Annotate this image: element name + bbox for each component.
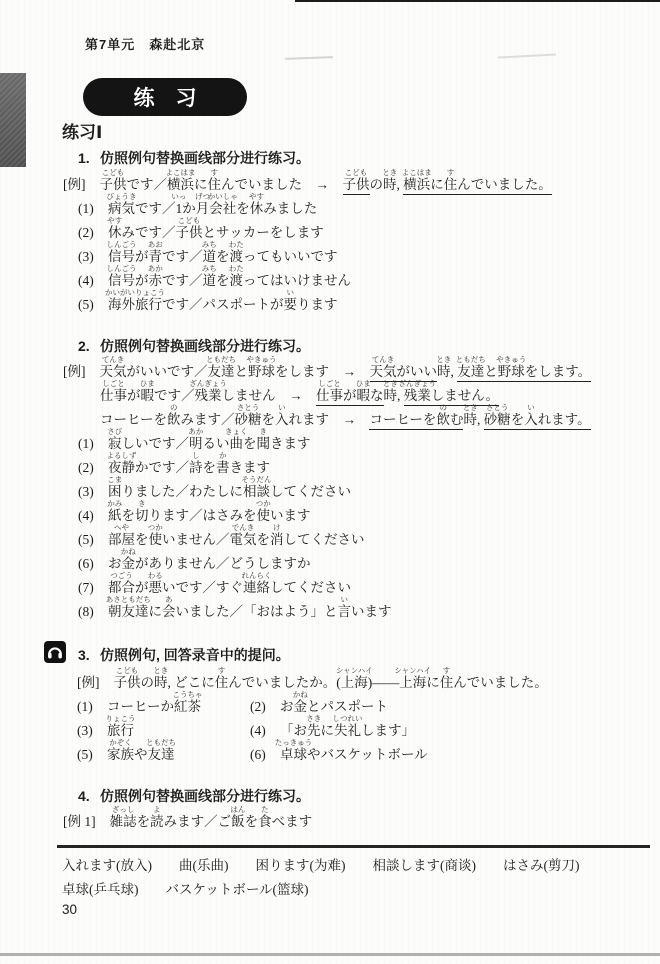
exercise-line: (8)あさともだち朝友達にあ会いました／「おはよう」とい言います bbox=[63, 600, 654, 624]
line-text: びょうき病気です／いっ1かげつ月かいしゃ会社をやす休みました bbox=[108, 201, 317, 216]
exercise-2: 2. 仿照例句替换画线部分进行练习。 [例]てんき天気がいいです／ともだち友達と… bbox=[63, 334, 654, 624]
vocab-item: 困ります(为难) bbox=[256, 854, 346, 878]
text-segment: ります／はさみを bbox=[149, 508, 257, 524]
base-text: 渡 bbox=[230, 273, 244, 288]
ruby-segment: りょこう旅行 bbox=[107, 723, 134, 739]
base-text: 天気 bbox=[100, 364, 127, 379]
text-segment: がありません／どうしますか bbox=[135, 556, 311, 572]
ruby-segment: しごと仕事 bbox=[316, 388, 343, 406]
exercise-instruction-text: 仿照例句, 回答录音中的提问。 bbox=[100, 643, 290, 667]
line-text: おかね金とパスポート bbox=[280, 699, 388, 714]
exercise-line: (1)びょうき病気です／いっ1かげつ月かいしゃ会社をやす休みました bbox=[63, 197, 654, 221]
ruby-segment: いっ1 bbox=[176, 201, 183, 217]
column-item: (2)おかね金とパスポート bbox=[250, 699, 388, 714]
exercise-line: (1)さび寂しいです／あか明るいきょく曲をき聞きます bbox=[63, 432, 654, 456]
ruby-segment: す住 bbox=[440, 675, 454, 691]
ruby-segment: かみ紙 bbox=[108, 508, 122, 524]
line-text: へや部屋をつか使いません／でんき電気をけ消してください bbox=[108, 532, 365, 547]
base-text: 野球 bbox=[248, 364, 275, 379]
ruby-segment: しつれい失礼 bbox=[334, 723, 361, 739]
base-text: 野球 bbox=[498, 364, 525, 379]
ruby-segment: わる悪 bbox=[149, 580, 163, 596]
line-text: しんごう信号があお青です／みち道をわた渡ってもいいです bbox=[108, 249, 338, 264]
text-segment: を bbox=[257, 532, 271, 548]
text-segment: とサッカーをします bbox=[203, 225, 324, 241]
line-label: (4) bbox=[78, 504, 108, 528]
exercise-instruction: 4. 仿照例句替换画线部分进行练习。 bbox=[63, 784, 654, 808]
base-text: 書 bbox=[216, 460, 230, 475]
furigana: き bbox=[260, 428, 268, 436]
text-segment: です／ bbox=[127, 177, 168, 193]
ruby-segment: たっきゅう卓球 bbox=[280, 747, 307, 763]
base-text: 友達 bbox=[457, 364, 484, 379]
ruby-segment: つごう都合 bbox=[108, 580, 135, 596]
furigana: かね bbox=[293, 691, 308, 699]
text-segment: 「お bbox=[280, 723, 307, 739]
exercise-number: 3. bbox=[78, 643, 100, 667]
text-segment: や bbox=[134, 747, 148, 763]
text-segment: です／パスポートが bbox=[162, 297, 284, 313]
ruby-segment: あか赤 bbox=[149, 273, 163, 289]
text-segment: コーヒーか bbox=[107, 699, 174, 715]
text-segment: → bbox=[329, 412, 370, 428]
furigana: の bbox=[439, 404, 447, 412]
scan-smudge bbox=[498, 53, 556, 58]
base-text: 切 bbox=[135, 508, 149, 523]
exercise-line: [例]こども子供です／よこはま横浜にす住んでいました → こども子供のとき時, … bbox=[63, 173, 654, 197]
furigana: しごと bbox=[102, 380, 125, 388]
ruby-segment: の飲 bbox=[167, 412, 181, 428]
furigana: あお bbox=[148, 241, 163, 249]
text-segment: ってもいいです bbox=[243, 249, 338, 265]
base-text: 先 bbox=[307, 723, 321, 738]
text-segment: を bbox=[216, 273, 230, 289]
furigana: さき bbox=[306, 715, 321, 723]
line-text: 「おさき先にしつれい失礼します」 bbox=[280, 723, 415, 738]
furigana: ざっし bbox=[112, 806, 135, 814]
ruby-segment: き切 bbox=[135, 508, 149, 524]
column-item: (4)「おさき先にしつれい失礼します」 bbox=[250, 723, 415, 738]
base-text: 道 bbox=[203, 249, 217, 264]
furigana: わた bbox=[229, 241, 244, 249]
base-text: 紅茶 bbox=[174, 699, 201, 714]
furigana: みち bbox=[202, 265, 217, 273]
scan-smudge bbox=[285, 56, 333, 60]
text-segment: りました／わたしに bbox=[122, 484, 244, 500]
ruby-segment: つか使 bbox=[257, 508, 271, 524]
text-segment: が bbox=[135, 249, 149, 265]
furigana: の bbox=[170, 404, 178, 412]
ruby-segment: ともだち友達 bbox=[208, 364, 235, 380]
ruby-segment: さび寂 bbox=[108, 436, 122, 452]
base-text: 残業 bbox=[404, 388, 431, 403]
text-segment: を bbox=[245, 814, 259, 830]
line-text: コーヒーかこうちゃ紅茶 bbox=[107, 699, 201, 714]
base-text: 使 bbox=[257, 508, 271, 523]
text-segment: を bbox=[122, 508, 136, 524]
text-segment: コーヒーを bbox=[369, 412, 436, 430]
line-text: やす休みです／こども子供とサッカーをします bbox=[108, 225, 324, 240]
furigana: た bbox=[261, 806, 269, 814]
furigana: やす bbox=[107, 217, 122, 225]
text-segment: か bbox=[182, 201, 196, 217]
ruby-segment: やきゅう野球 bbox=[248, 364, 275, 380]
text-segment: いました／「おはよう」と bbox=[176, 604, 338, 620]
base-text: 住 bbox=[215, 675, 229, 690]
text-segment: です／ bbox=[162, 273, 203, 289]
text-segment: してください bbox=[270, 484, 351, 500]
line-text: かぞく家族やともだち友達 bbox=[107, 747, 175, 762]
text-segment: んでいました bbox=[221, 177, 302, 193]
base-text: 部屋 bbox=[108, 532, 135, 547]
ruby-segment: やきゅう野球 bbox=[498, 364, 525, 382]
line-text: こども子供です／よこはま横浜にす住んでいました → こども子供のとき時, よこは… bbox=[100, 177, 552, 192]
ruby-segment: へや部屋 bbox=[108, 532, 135, 548]
exercise-line: (3)こま困りました／わたしにそうだん相談してください bbox=[63, 480, 654, 504]
furigana: す bbox=[211, 169, 219, 177]
ruby-segment: い要 bbox=[284, 297, 298, 313]
exercise-instruction-text: 仿照例句替换画线部分进行练习。 bbox=[100, 146, 310, 170]
text-segment: , bbox=[397, 388, 404, 404]
furigana: やきゅう bbox=[247, 356, 277, 364]
line-label: [例 1] bbox=[63, 810, 96, 834]
text-segment: れます。 bbox=[538, 412, 591, 430]
line-label: (5) bbox=[78, 528, 108, 552]
ruby-segment: さき先 bbox=[307, 723, 321, 739]
text-segment: します」 bbox=[361, 723, 415, 739]
text-segment: んでいました。 bbox=[457, 177, 552, 195]
ruby-segment: い入 bbox=[524, 412, 538, 430]
ruby-segment: よこはま横浜 bbox=[403, 177, 430, 195]
ruby-segment: し詩 bbox=[189, 460, 203, 476]
text-segment: を bbox=[511, 412, 525, 430]
ruby-segment: かぞく家族 bbox=[107, 747, 134, 763]
text-segment: をします bbox=[275, 364, 329, 380]
ruby-segment: こども子供 bbox=[176, 225, 203, 241]
ruby-segment: ざっし雑誌 bbox=[110, 814, 137, 830]
base-text: 飲 bbox=[436, 412, 450, 427]
text-segment: が bbox=[127, 388, 141, 404]
furigana: あか bbox=[188, 428, 203, 436]
furigana: びょうき bbox=[107, 193, 137, 201]
base-text: 旅行 bbox=[107, 723, 134, 738]
text-segment: → bbox=[329, 364, 370, 380]
furigana: やきゅう bbox=[496, 356, 526, 364]
ruby-segment: びょうき病気 bbox=[108, 201, 135, 217]
furigana: でんき bbox=[232, 524, 255, 532]
ruby-segment: わた渡 bbox=[230, 273, 244, 289]
ruby-segment: れんらく連絡 bbox=[243, 580, 270, 596]
text-segment: ってはいけません bbox=[243, 273, 351, 289]
line-text: つごう都合がわる悪いです／すぐれんらく連絡してください bbox=[108, 580, 351, 595]
text-segment: かです／ bbox=[135, 460, 189, 476]
line-label: (1) bbox=[77, 695, 107, 719]
base-text: 休 bbox=[108, 225, 122, 240]
furigana: りょこう bbox=[106, 715, 136, 723]
furigana: つか bbox=[256, 500, 271, 508]
base-text: 友達 bbox=[208, 364, 235, 379]
line-text: かいがいりょこう海外旅行です／パスポートがい要ります bbox=[108, 297, 338, 312]
column-item: (1)コーヒーかこうちゃ紅茶 bbox=[77, 695, 250, 719]
ruby-segment: とき時 bbox=[463, 412, 477, 428]
furigana: け bbox=[273, 524, 281, 532]
base-text: 病気 bbox=[108, 201, 135, 216]
ruby-segment: あお青 bbox=[149, 249, 163, 265]
furigana: い bbox=[341, 596, 349, 604]
furigana: あ bbox=[165, 596, 173, 604]
text-segment: ります bbox=[297, 297, 338, 313]
line-label: (1) bbox=[78, 432, 108, 456]
ruby-segment: こうちゃ紅茶 bbox=[174, 699, 201, 715]
furigana: か bbox=[219, 452, 227, 460]
furigana: ざんぎょう bbox=[189, 380, 227, 388]
column-item: (6)たっきゅう卓球やバスケットボール bbox=[250, 747, 428, 762]
base-text: 相談 bbox=[243, 484, 270, 499]
base-text: 信号 bbox=[108, 249, 135, 264]
text-segment: な bbox=[370, 388, 384, 406]
base-text: 寂 bbox=[108, 436, 122, 451]
text-segment: コーヒーを bbox=[100, 412, 167, 428]
ruby-segment: あか明 bbox=[189, 436, 203, 452]
furigana: はん bbox=[230, 806, 245, 814]
furigana: とき bbox=[383, 380, 398, 388]
text-segment: んでいましたか。( bbox=[228, 675, 341, 691]
vocab-item: バスケットボール(篮球) bbox=[166, 878, 309, 902]
text-segment: みです／ bbox=[122, 225, 176, 241]
base-text: 暇 bbox=[357, 388, 371, 403]
line-text: こども子供のとき時, どこにす住んでいましたか。(シャンハイ上海)——シャンハイ… bbox=[114, 675, 548, 690]
exercise-line: (2)よるしず夜静かです／し詩をか書きます bbox=[63, 456, 654, 480]
scan-top-edge bbox=[295, 0, 660, 2]
text-segment: とパスポート bbox=[307, 699, 388, 715]
furigana: とき bbox=[382, 169, 397, 177]
ruby-segment: しごと仕事 bbox=[100, 388, 127, 404]
base-text: 要 bbox=[284, 297, 298, 312]
base-text: 明 bbox=[189, 436, 203, 451]
base-text: 朝友達 bbox=[108, 604, 149, 619]
furigana: ひま bbox=[140, 380, 155, 388]
text-segment: に bbox=[321, 723, 335, 739]
unit-header: 第7单元 森赴北京 bbox=[85, 34, 205, 53]
banner-label: 练 习 bbox=[134, 82, 197, 112]
exercise-line: (7)つごう都合がわる悪いです／すぐれんらく連絡してください bbox=[63, 576, 654, 600]
headphone-glyph bbox=[47, 644, 63, 660]
furigana: こども bbox=[116, 667, 139, 675]
line-label: (2) bbox=[78, 456, 108, 480]
text-segment: , bbox=[451, 364, 458, 380]
line-text: あさともだち朝友達にあ会いました／「おはよう」とい言います bbox=[108, 604, 392, 619]
line-text: ざっし雑誌をよ読みます／ごはん飯をた食べます bbox=[110, 814, 313, 829]
furigana: い bbox=[287, 289, 295, 297]
ruby-segment: つか使 bbox=[149, 532, 163, 548]
ruby-segment: きょく曲 bbox=[230, 436, 244, 452]
base-text: 曲 bbox=[230, 436, 244, 451]
base-text: 子供 bbox=[176, 225, 203, 240]
text-segment: , どこに bbox=[168, 675, 215, 691]
furigana: こうちゃ bbox=[172, 691, 202, 699]
ruby-segment: す住 bbox=[444, 177, 458, 195]
text-segment: , bbox=[397, 177, 404, 193]
text-segment: しいです／ bbox=[122, 436, 190, 452]
base-text: 仕事 bbox=[316, 388, 343, 403]
base-text: 入 bbox=[275, 412, 289, 427]
exercise-lines: [例]こども子供のとき時, どこにす住んでいましたか。(シャンハイ上海)——シャ… bbox=[63, 671, 654, 767]
base-text: 天気 bbox=[370, 364, 397, 379]
text-segment: に bbox=[194, 177, 208, 193]
exercise-1: 1. 仿照例句替换画线部分进行练习。 [例]こども子供です／よこはま横浜にす住ん… bbox=[63, 146, 654, 317]
furigana: さび bbox=[107, 428, 122, 436]
page-number: 30 bbox=[62, 902, 77, 917]
text-segment: してください bbox=[270, 580, 351, 596]
line-label: (6) bbox=[78, 552, 108, 576]
textbook-page: 第7单元 森赴北京 练 习 练习Ⅰ 1. 仿照例句替换画线部分进行练习。 [例]… bbox=[0, 0, 660, 964]
base-text: 入 bbox=[524, 412, 538, 427]
furigana: こども bbox=[345, 169, 368, 177]
text-segment: いです／すぐ bbox=[162, 580, 243, 596]
ruby-segment: しんごう信号 bbox=[108, 249, 135, 265]
base-text: 飲 bbox=[167, 412, 181, 427]
line-text: こま困りました／わたしにそうだん相談してください bbox=[108, 484, 351, 499]
text-segment: が bbox=[343, 388, 357, 406]
ruby-segment: しんごう信号 bbox=[108, 273, 135, 289]
line-text: かみ紙をき切ります／はさみをつか使います bbox=[108, 508, 311, 523]
furigana: よこはま bbox=[402, 169, 432, 177]
text-segment: を bbox=[203, 460, 217, 476]
base-text: 時 bbox=[383, 177, 397, 192]
text-segment: に bbox=[430, 177, 444, 195]
furigana: あか bbox=[148, 265, 163, 273]
furigana: かいがいりょこう bbox=[105, 289, 165, 297]
text-segment: べます bbox=[272, 814, 313, 830]
base-text: 飯 bbox=[231, 814, 245, 829]
base-text: 月 bbox=[196, 201, 210, 216]
base-text: 赤 bbox=[149, 273, 163, 288]
text-segment: いません／ bbox=[162, 532, 230, 548]
text-segment: → bbox=[276, 388, 317, 404]
ruby-segment: とき時 bbox=[154, 675, 168, 691]
ruby-segment: やす休 bbox=[108, 225, 122, 241]
base-text: 食 bbox=[258, 814, 272, 829]
base-text: 仕事 bbox=[100, 388, 127, 403]
furigana: ともだち bbox=[146, 739, 176, 747]
base-text: 残業 bbox=[195, 388, 222, 403]
base-text: 都合 bbox=[108, 580, 135, 595]
ruby-segment: あさともだち朝友達 bbox=[108, 604, 149, 620]
ruby-segment: か書 bbox=[216, 460, 230, 476]
base-text: 電気 bbox=[230, 532, 257, 547]
furigana: つごう bbox=[110, 572, 133, 580]
exercise-line: (5)へや部屋をつか使いません／でんき電気をけ消してください bbox=[63, 528, 654, 552]
ruby-segment: わた渡 bbox=[230, 249, 244, 265]
vocab-item: 相談します(商谈) bbox=[373, 854, 477, 878]
base-text: 住 bbox=[440, 675, 454, 690]
base-text: 卓球 bbox=[280, 747, 307, 762]
furigana: す bbox=[447, 169, 455, 177]
ruby-segment: かいしゃ会社 bbox=[209, 201, 236, 217]
base-text: 砂糖 bbox=[234, 412, 261, 427]
base-text: 夜静 bbox=[108, 460, 135, 475]
text-segment: に bbox=[426, 675, 440, 691]
base-text: 青 bbox=[149, 249, 163, 264]
furigana: つか bbox=[148, 524, 163, 532]
furigana: みち bbox=[202, 241, 217, 249]
vocab-line-1: 入れます(放入)曲(乐曲)困ります(为难)相談します(商谈)はさみ(剪刀) bbox=[62, 854, 580, 878]
text-segment: の bbox=[141, 675, 155, 691]
base-text: 連絡 bbox=[243, 580, 270, 595]
ruby-segment: でんき電気 bbox=[230, 532, 257, 548]
line-label: (8) bbox=[78, 600, 108, 624]
furigana: しごと bbox=[318, 380, 341, 388]
base-text: 1 bbox=[176, 201, 183, 216]
ruby-segment: とき時 bbox=[384, 388, 398, 404]
base-text: 子供 bbox=[343, 177, 370, 192]
exercise-lines: [例]こども子供です／よこはま横浜にす住んでいました → こども子供のとき時, … bbox=[63, 173, 654, 317]
text-segment: )—— bbox=[368, 675, 400, 691]
ruby-segment: そうだん相談 bbox=[243, 484, 270, 500]
ruby-segment: シャンハイ上海 bbox=[399, 675, 426, 691]
furigana: きょく bbox=[225, 428, 248, 436]
base-text: 渡 bbox=[230, 249, 244, 264]
base-text: 横浜 bbox=[403, 177, 430, 192]
base-text: 家族 bbox=[107, 747, 134, 762]
text-segment: , bbox=[477, 412, 484, 428]
furigana: シャンハイ bbox=[336, 667, 373, 675]
furigana: しんごう bbox=[107, 241, 137, 249]
exercise-instruction: 2. 仿照例句替换画线部分进行练习。 bbox=[63, 334, 654, 358]
furigana: かね bbox=[121, 548, 136, 556]
base-text: 失礼 bbox=[334, 723, 361, 738]
furigana: よるしず bbox=[107, 452, 137, 460]
base-text: 会 bbox=[162, 604, 176, 619]
ruby-segment: ひま暇 bbox=[357, 388, 371, 406]
line-label: (2) bbox=[78, 221, 108, 245]
ruby-segment: た食 bbox=[258, 814, 272, 830]
text-segment: に bbox=[149, 604, 163, 620]
line-text: りょこう旅行 bbox=[107, 723, 134, 738]
line-label: (3) bbox=[78, 480, 108, 504]
base-text: 困 bbox=[108, 484, 122, 499]
ruby-segment: い言 bbox=[338, 604, 352, 620]
furigana: てんき bbox=[102, 356, 125, 364]
base-text: 金 bbox=[122, 556, 136, 571]
text-segment: きます bbox=[230, 460, 271, 476]
ruby-segment: よ読 bbox=[150, 814, 164, 830]
ruby-segment: かね金 bbox=[294, 699, 308, 715]
exercise-number: 2. bbox=[78, 334, 100, 358]
text-segment: います bbox=[270, 508, 311, 524]
ruby-segment: け消 bbox=[270, 532, 284, 548]
base-text: 友達 bbox=[148, 747, 175, 762]
ruby-segment: ともだち友達 bbox=[148, 747, 175, 763]
text-segment: です／ bbox=[135, 201, 176, 217]
text-segment: お bbox=[108, 556, 122, 572]
furigana: よこはま bbox=[166, 169, 196, 177]
furigana: さとう bbox=[237, 404, 260, 412]
base-text: 砂糖 bbox=[484, 412, 511, 427]
subsection-title: 练习Ⅰ bbox=[62, 118, 102, 143]
base-text: 子供 bbox=[114, 675, 141, 690]
base-text: 上海 bbox=[399, 675, 426, 690]
base-text: 住 bbox=[444, 177, 458, 192]
text-segment: と bbox=[484, 364, 498, 382]
furigana: かぞく bbox=[109, 739, 132, 747]
base-text: 子供 bbox=[100, 177, 127, 192]
text-segment: きます bbox=[270, 436, 311, 452]
base-text: 使 bbox=[149, 532, 163, 547]
furigana: き bbox=[138, 500, 146, 508]
text-segment: みます／ bbox=[180, 412, 234, 428]
base-text: 詩 bbox=[189, 460, 203, 475]
